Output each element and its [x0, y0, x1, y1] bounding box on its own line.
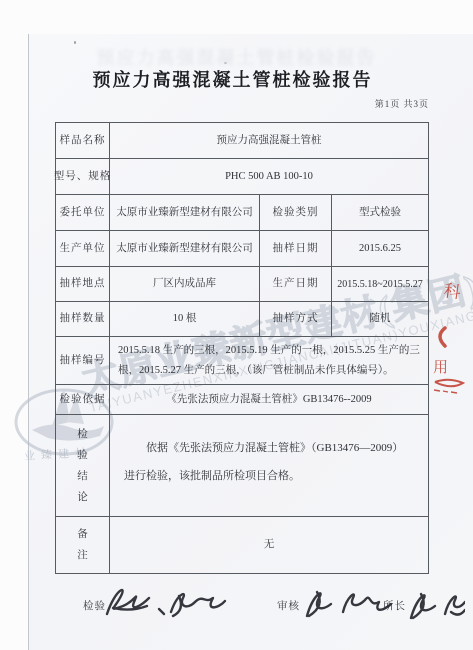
row-value-conclusion: 依据《先张法预应力混凝土管桩》（GB13476—2009）进行检验，该批制品所检…	[110, 415, 428, 517]
row-value-production-date: 2015.5.18~2015.5.27	[332, 267, 428, 302]
row-value-sampling-method: 随机	[332, 302, 428, 337]
stamp-char-mid: 用	[433, 359, 448, 376]
report-table: 样品名称 预应力高强混凝土管桩 型号、规格 PHC 500 AB 100-10 …	[55, 122, 429, 574]
row-label-sample-number: 抽样编号	[56, 337, 110, 385]
signature-row: 检验 审核 所长	[55, 578, 465, 628]
conclusion-text: 依据《先张法预应力混凝土管桩》（GB13476—2009）进行检验，该批制品所检…	[124, 435, 402, 490]
page-number: 第1页 共3页	[375, 97, 429, 110]
scanned-report-page: 太原业臻新型建材(集团)有限公司 TAIYUANYEZHENXINXINGJIA…	[0, 0, 473, 650]
page-title: 预应力高强混凝土管桩检验报告	[0, 66, 465, 92]
row-value-model-spec: PHC 500 AB 100-10	[110, 159, 428, 195]
row-label-sample-quantity: 抽样数量	[56, 302, 110, 337]
row-label-sampling-method: 抽样方式	[260, 302, 332, 337]
conclusion-label-text: 检验结论	[76, 424, 89, 508]
row-value-sampling-place: 厂区内成品库	[110, 267, 260, 302]
row-value-sample-number: 2015.5.18 生产的三根，2015.5.19 生产的一根，2015.5.2…	[110, 337, 428, 385]
row-value-sampling-date: 2015.6.25	[332, 231, 428, 267]
row-label-inspection-basis: 检验依据	[56, 385, 110, 415]
row-label-inspection-type: 检验类别	[260, 195, 332, 231]
stamp-char-top: 科	[442, 281, 461, 302]
row-label-manufacturer: 生产单位	[56, 231, 110, 267]
row-value-inspection-type: 型式检验	[332, 195, 428, 231]
row-value-inspection-basis: 《先张法预应力混凝土管桩》GB13476--2009	[110, 385, 428, 415]
row-value-sample-name: 预应力高强混凝土管桩	[110, 123, 428, 159]
row-label-sampling-place: 抽样地点	[56, 267, 110, 302]
row-value-client: 太原市业臻新型建材有限公司	[110, 195, 260, 231]
row-label-remarks: 备注	[56, 517, 110, 573]
row-label-conclusion: 检验结论	[56, 415, 110, 517]
row-label-model-spec: 型号、规格	[56, 159, 110, 195]
handwritten-signatures	[55, 578, 465, 628]
red-seal-fragment-icon: 科 用	[431, 270, 473, 420]
row-label-sample-name: 样品名称	[56, 123, 110, 159]
row-value-sample-quantity: 10 根	[110, 302, 260, 337]
row-label-client: 委托单位	[56, 195, 110, 231]
remarks-label-text: 备注	[76, 524, 89, 566]
row-value-remarks: 无	[110, 517, 428, 573]
row-label-production-date: 生产日期	[260, 267, 332, 302]
row-value-manufacturer: 太原市业臻新型建材有限公司	[110, 231, 260, 267]
row-label-sampling-date: 抽样日期	[260, 231, 332, 267]
